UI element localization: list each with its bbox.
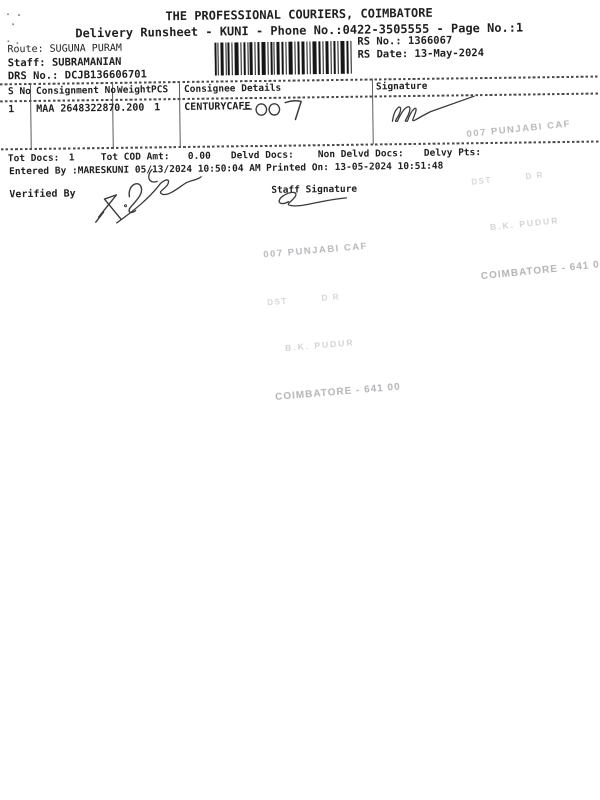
printed-on-text: Printed On: 13-05-2024 10:51:48 [266, 160, 443, 173]
stamp-line-1: 007 PUNJABI CAF [466, 116, 592, 140]
verified-by-signature [86, 158, 207, 230]
drs-line: DRS No.: DCJB136606701 [8, 68, 147, 82]
column-divider [179, 81, 181, 147]
row-sno: 1 [8, 104, 14, 115]
col-header-pcs: PCS [151, 84, 168, 95]
stamp-line-4: COIMBATORE - 641 00 [275, 382, 401, 403]
staff-value: SUBRAMANIAN [52, 55, 122, 68]
stamp-line-2: DSTD R [267, 288, 393, 307]
row-consignment: MAA 264832287 [36, 103, 114, 115]
row-weight: 0.200 [114, 103, 144, 114]
rubber-stamp: 007 PUNJABI CAF DSTD R B.K. PUDUR COIMBA… [462, 81, 600, 318]
tot-docs-value: 1 [69, 152, 75, 163]
barcode-icon [214, 41, 352, 76]
row-pcs: 1 [154, 102, 160, 113]
rs-date-value: 13-May-2024 [414, 47, 484, 60]
stamp-line-2b: D R [321, 292, 340, 302]
delivery-runsheet-page: THE PROFESSIONAL COURIERS, COIMBATORE De… [0, 0, 600, 800]
rs-no-label: RS No.: [357, 35, 401, 48]
delvd-docs-label: Delvd Docs: [231, 150, 294, 162]
stamp-line-2a: DST [267, 297, 288, 308]
staff-line: Staff: SUBRAMANIAN [8, 55, 122, 68]
stamp-line-3: B.K. PUDUR [490, 211, 600, 232]
tot-docs-label: Tot Docs: [8, 153, 60, 165]
rs-date-label: RS Date: [357, 48, 408, 61]
route-value: SUGUNA PURAM [50, 43, 122, 55]
staff-label: Staff: [8, 56, 46, 68]
route-line: Route: SUGUNA PURAM [7, 43, 122, 55]
scanned-document: THE PROFESSIONAL COURIERS, COIMBATORE De… [0, 0, 600, 800]
stamp-line-4: COIMBATORE - 641 00 [480, 259, 600, 283]
col-header-consignee: Consignee Details [184, 83, 281, 95]
col-header-weight: Weight [117, 84, 151, 95]
stamp-line-2: DSTD R [471, 165, 597, 187]
column-divider [372, 79, 374, 145]
stamp-line-3: B.K. PUDUR [285, 334, 397, 353]
stamp-line-2b: D R [525, 171, 544, 182]
verified-by-label: Verified By [9, 188, 75, 200]
rs-no-value: 1366067 [408, 34, 452, 47]
non-delvd-docs-label: Non Delvd Docs: [318, 148, 404, 160]
route-label: Route: [7, 44, 43, 55]
handwritten-007-note [240, 95, 305, 122]
col-header-consignment: Consignment No [36, 85, 116, 97]
drs-label: DRS No.: [8, 70, 59, 83]
stamp-line-1: 007 PUNJABI CAF [263, 239, 389, 260]
rubber-stamp: 007 PUNJABI CAF DSTD R B.K. PUDUR COIMBA… [260, 203, 404, 439]
rs-date-line: RS Date: 13-May-2024 [357, 47, 484, 61]
col-header-sno: S No [8, 86, 31, 97]
rs-no-line: RS No.: 1366067 [357, 34, 452, 47]
stamp-line-2a: DST [471, 176, 492, 187]
drs-value: DCJB136606701 [65, 68, 147, 81]
